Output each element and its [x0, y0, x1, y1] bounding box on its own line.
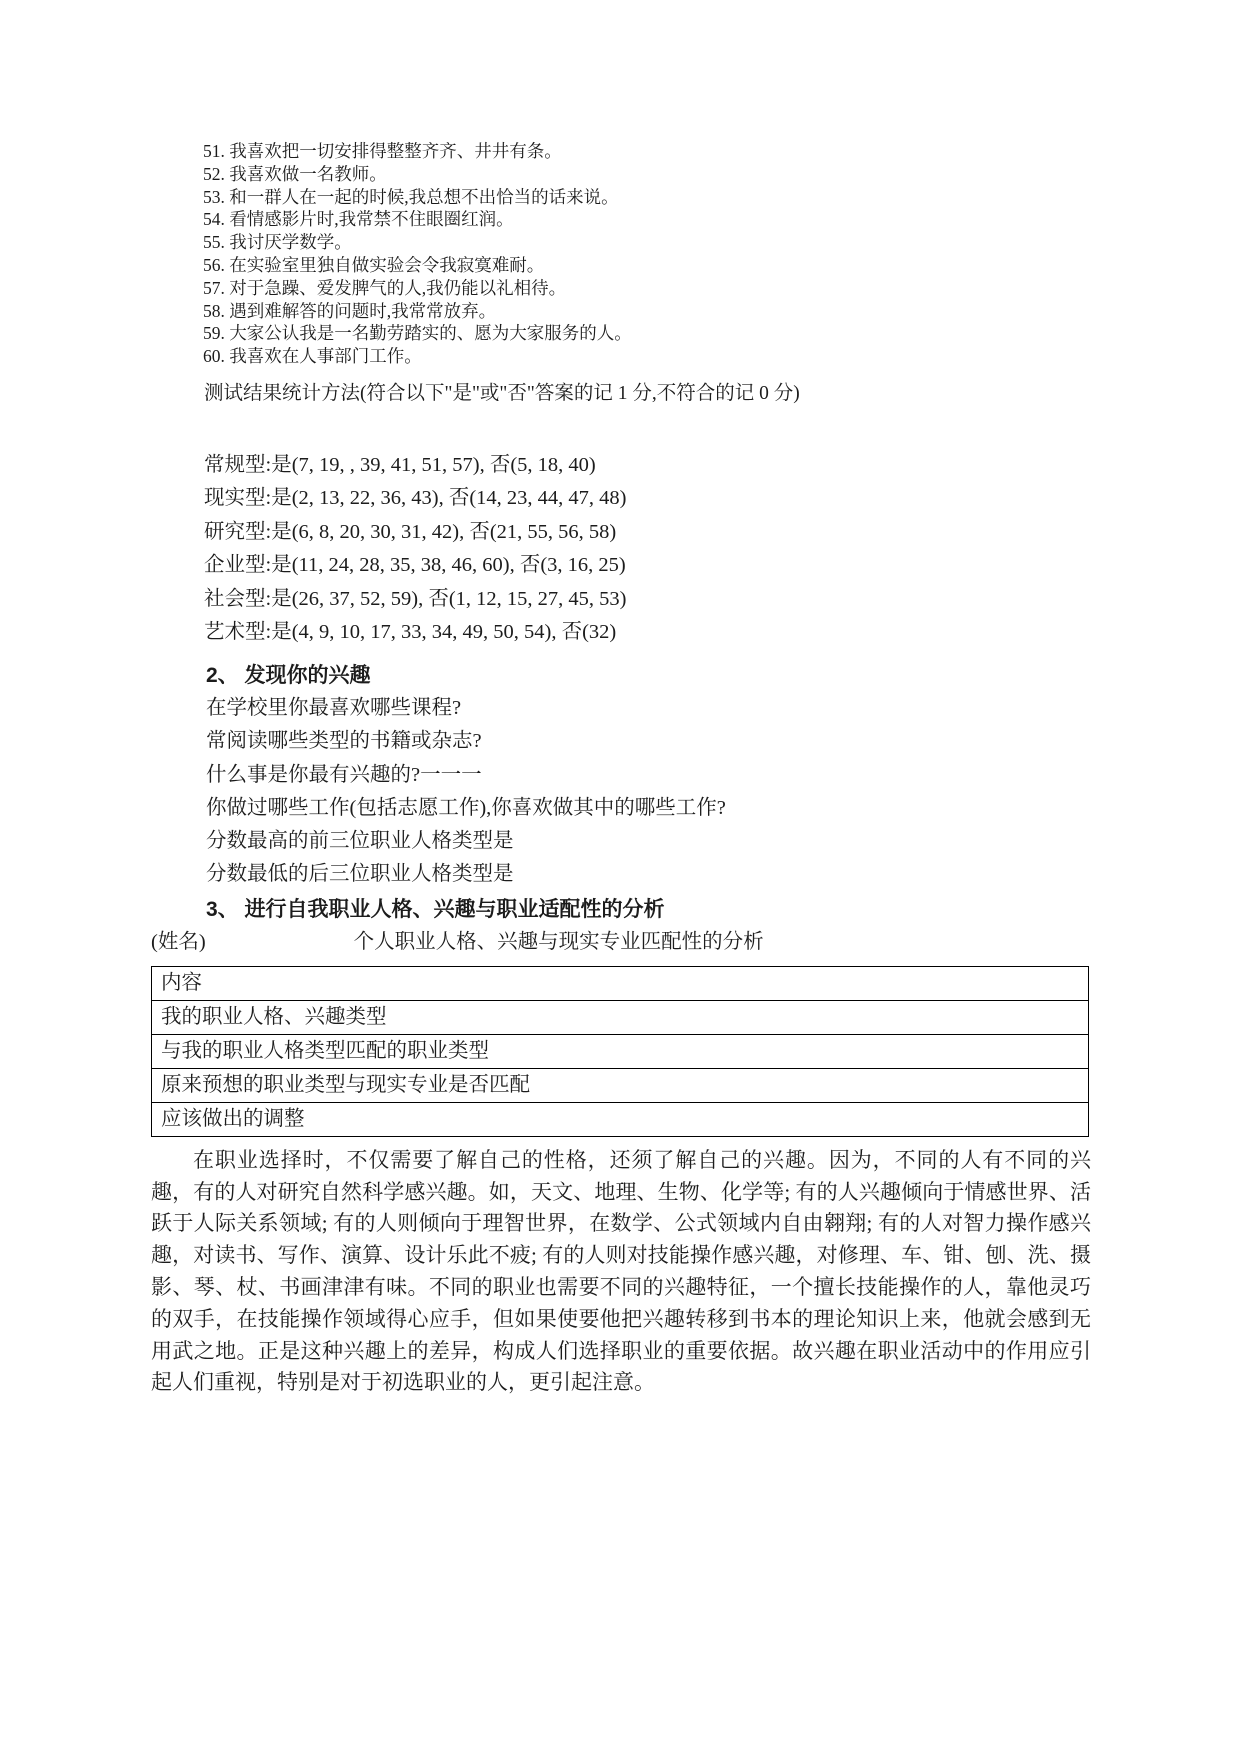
interest-discussion-paragraph: 在职业选择时，不仅需要了解自己的性格，还须了解自己的兴趣。因为，不同的人有不同的… [151, 1145, 1091, 1399]
name-label: (姓名) [151, 926, 206, 959]
interest-questions: 在学校里你最喜欢哪些课程? 常阅读哪些类型的书籍或杂志? 什么事是你最有兴趣的?… [151, 692, 1091, 892]
table-row: 与我的职业人格类型匹配的职业类型 [152, 1035, 1088, 1069]
type-score-key: 常规型:是(7, 19, , 39, 41, 51, 57), 否(5, 18,… [204, 449, 1091, 650]
list-item: 54. 看情感影片时,我常禁不住眼圈红润。 [203, 208, 1091, 231]
list-item: 58. 遇到难解答的问题时,我常常放弃。 [203, 300, 1091, 323]
table-row: 我的职业人格、兴趣类型 [152, 1001, 1088, 1035]
document-page: 51. 我喜欢把一切安排得整整齐齐、井井有条。 52. 我喜欢做一名教师。 53… [0, 0, 1241, 1399]
list-item: 57. 对于急躁、爱发脾气的人,我仍能以礼相待。 [203, 277, 1091, 300]
scoring-method-note: 测试结果统计方法(符合以下"是"或"否"答案的记 1 分,不符合的记 0 分) [204, 381, 1091, 407]
analysis-table: 内容 我的职业人格、兴趣类型 与我的职业人格类型匹配的职业类型 原来预想的职业类… [151, 966, 1089, 1137]
list-item: 53. 和一群人在一起的时候,我总想不出恰当的话来说。 [203, 186, 1091, 209]
question-line: 常阅读哪些类型的书籍或杂志? [206, 725, 1091, 758]
questionnaire-items: 51. 我喜欢把一切安排得整整齐齐、井井有条。 52. 我喜欢做一名教师。 53… [151, 140, 1091, 368]
question-line: 什么事是你最有兴趣的?一一一 [206, 759, 1091, 792]
section-2-heading: 2、 发现你的兴趣 [206, 659, 1091, 692]
type-line: 社会型:是(26, 37, 52, 59), 否(1, 12, 15, 27, … [204, 583, 1091, 617]
question-line: 分数最低的后三位职业人格类型是 [206, 858, 1091, 891]
table-row: 应该做出的调整 [152, 1103, 1088, 1137]
type-line: 现实型:是(2, 13, 22, 36, 43), 否(14, 23, 44, … [204, 482, 1091, 516]
table-caption-line: (姓名) 个人职业人格、兴趣与现实专业匹配性的分析 [151, 926, 1091, 959]
type-line: 研究型:是(6, 8, 20, 30, 31, 42), 否(21, 55, 5… [204, 516, 1091, 550]
list-item: 60. 我喜欢在人事部门工作。 [203, 345, 1091, 368]
type-line: 常规型:是(7, 19, , 39, 41, 51, 57), 否(5, 18,… [204, 449, 1091, 483]
type-line: 企业型:是(11, 24, 28, 35, 38, 46, 60), 否(3, … [204, 549, 1091, 583]
question-line: 你做过哪些工作(包括志愿工作),你喜欢做其中的哪些工作? [206, 792, 1091, 825]
table-row: 内容 [152, 967, 1088, 1001]
list-item: 56. 在实验室里独自做实验会令我寂寞难耐。 [203, 254, 1091, 277]
question-line: 分数最高的前三位职业人格类型是 [206, 825, 1091, 858]
list-item: 55. 我讨厌学数学。 [203, 231, 1091, 254]
list-item: 52. 我喜欢做一名教师。 [203, 163, 1091, 186]
analysis-table-title: 个人职业人格、兴趣与现实专业匹配性的分析 [354, 926, 764, 959]
question-line: 在学校里你最喜欢哪些课程? [206, 692, 1091, 725]
type-line: 艺术型:是(4, 9, 10, 17, 33, 34, 49, 50, 54),… [204, 616, 1091, 650]
table-row: 原来预想的职业类型与现实专业是否匹配 [152, 1069, 1088, 1103]
section-3-heading: 3、 进行自我职业人格、兴趣与职业适配性的分析 [206, 893, 1091, 926]
list-item: 59. 大家公认我是一名勤劳踏实的、愿为大家服务的人。 [203, 322, 1091, 345]
list-item: 51. 我喜欢把一切安排得整整齐齐、井井有条。 [203, 140, 1091, 163]
